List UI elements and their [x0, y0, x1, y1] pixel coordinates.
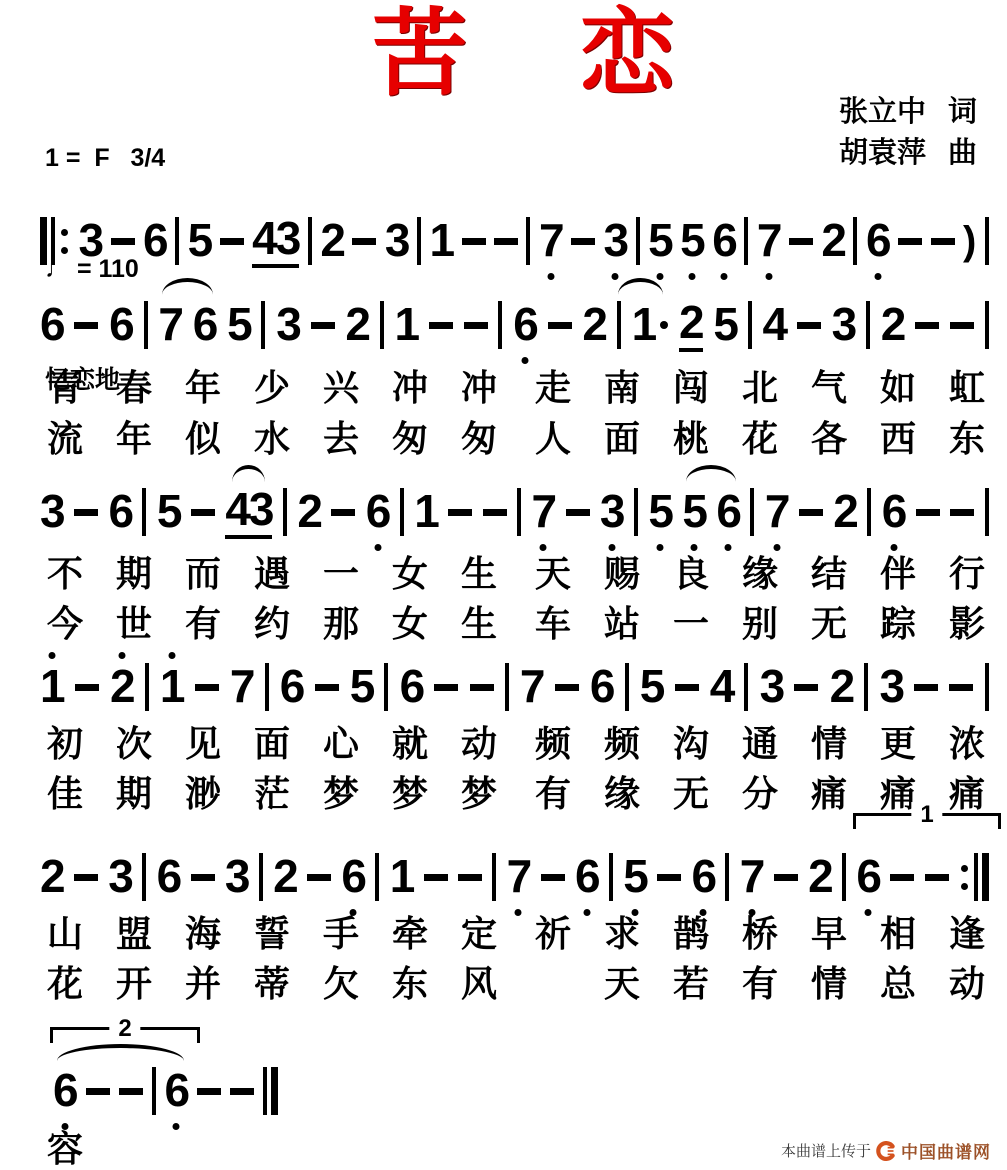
lyric-char: 花 — [740, 418, 780, 460]
dash-mark — [789, 238, 813, 245]
note-number: 6 — [882, 487, 906, 537]
duration-dash — [794, 661, 818, 713]
lyric-char: 影 — [947, 603, 987, 645]
note-token: 6 — [882, 486, 906, 538]
note-number: 3 — [600, 487, 624, 537]
barline — [308, 215, 312, 267]
duration-dash — [307, 851, 331, 903]
duration-dash — [352, 215, 376, 267]
lyric-char: 匆 — [390, 418, 430, 460]
dash-mark — [307, 874, 331, 881]
barline-mark — [384, 663, 388, 711]
lyric-char: 鹊 — [671, 913, 711, 955]
credits: 张立中 词 胡袁萍 曲 — [839, 92, 977, 174]
lyric-char: 逢 — [947, 913, 987, 955]
note-number: 6 — [143, 216, 167, 266]
barline-mark — [400, 488, 404, 536]
lyricist: 张立中 词 — [839, 92, 977, 133]
slur-arc — [618, 278, 664, 295]
lyric-row: 佳期渺茫梦梦梦有缘无分痛痛痛 — [45, 773, 987, 815]
dash-mark — [197, 1088, 221, 1095]
note-number: 3 — [78, 216, 102, 266]
lyric-char: 频 — [533, 723, 573, 765]
duration-dash — [548, 299, 572, 351]
note-number: 1 — [160, 662, 184, 712]
note-token: 7 — [230, 661, 254, 713]
dash-mark — [448, 509, 472, 516]
barline — [864, 661, 868, 713]
lyric-char: 有 — [533, 773, 573, 815]
note-token: 6 — [109, 299, 133, 351]
lyric-char: 初 — [45, 723, 85, 765]
slur-arc — [686, 465, 737, 482]
lyric-char: 世 — [114, 603, 154, 645]
lyric-char: 山 — [45, 913, 85, 955]
note-token: 6 — [53, 1065, 77, 1117]
note-token: 6 — [866, 215, 890, 267]
note-token: 1 — [632, 299, 669, 351]
note-number: 2 — [297, 487, 321, 537]
lyric-char: 无 — [809, 603, 849, 645]
note-number: 5 — [157, 487, 181, 537]
barline-mark — [259, 853, 263, 901]
duration-dash — [950, 486, 974, 538]
barline — [380, 299, 384, 351]
duration-dash — [555, 661, 579, 713]
dash-mark — [311, 322, 335, 329]
barline-mark — [744, 663, 748, 711]
lyric-char: 动 — [459, 723, 499, 765]
octave-dot-below — [721, 273, 728, 280]
note-token: 6 — [193, 299, 217, 351]
lyric-char: 就 — [390, 723, 430, 765]
note-token: 5 — [623, 851, 647, 903]
dash-mark — [195, 684, 219, 691]
note-number: 6 — [716, 487, 740, 537]
note-number: 3 — [385, 216, 409, 266]
note-token: 6 — [341, 851, 365, 903]
note-token: 6 — [590, 661, 614, 713]
lyric-char: 沟 — [671, 723, 711, 765]
lyric-char: 西 — [878, 418, 918, 460]
repeat-dots — [61, 217, 68, 265]
slur-arc — [232, 465, 265, 482]
dash-mark — [86, 1088, 110, 1095]
dash-mark — [799, 509, 823, 516]
note-number: 2 — [110, 662, 134, 712]
lyric-char: 有 — [740, 963, 780, 1005]
note-token: 3 — [880, 661, 904, 713]
dash-mark — [74, 874, 98, 881]
lyric-char: 浓 — [947, 723, 987, 765]
barline — [985, 661, 989, 713]
note-token: 6 — [575, 851, 599, 903]
dash-mark — [429, 322, 453, 329]
barline — [417, 215, 421, 267]
note-number: 6 — [692, 852, 716, 902]
music-line: 662 — [53, 1065, 278, 1117]
barline — [375, 851, 379, 903]
dash-mark — [657, 874, 681, 881]
note-token: 6 — [400, 661, 424, 713]
barline — [175, 215, 179, 267]
slur-arc — [57, 1044, 185, 1061]
note-number: 2 — [273, 852, 297, 902]
note-token: 4 — [710, 661, 734, 713]
note-token: 3 — [225, 851, 249, 903]
note-number: 5 — [648, 216, 672, 266]
lyric-group-left: 容 — [45, 1128, 85, 1170]
note-token: 2 — [881, 299, 905, 351]
barline-mark — [152, 1067, 156, 1115]
dash-mark — [191, 874, 215, 881]
duration-dash — [331, 486, 355, 538]
lyric-char: 车 — [533, 603, 573, 645]
note-token: 2 — [833, 486, 857, 538]
lyric-char: 那 — [321, 603, 361, 645]
barline — [152, 1065, 156, 1117]
barline-mark — [864, 663, 868, 711]
note-token: 2 — [830, 661, 854, 713]
note-token: 5 — [682, 486, 706, 538]
barline — [867, 486, 871, 538]
composer: 胡袁萍 曲 — [839, 133, 977, 174]
note-token: 7 — [507, 851, 531, 903]
note-token: 4 — [762, 299, 786, 351]
lyric-char: 北 — [740, 367, 780, 409]
note-token: 7 — [531, 486, 555, 538]
lyric-char: 青 — [45, 367, 85, 409]
note-token: 5 — [680, 215, 704, 267]
barline — [384, 661, 388, 713]
lyric-row: 花开并蒂欠东风天若有情总动 — [45, 963, 987, 1005]
lyric-group-right: 走南闯北气如虹 — [533, 367, 987, 409]
lyric-char: 定 — [459, 913, 499, 955]
barline — [142, 851, 146, 903]
duration-dash — [925, 851, 949, 903]
lyric-char: 一 — [321, 553, 361, 595]
barline-mark — [866, 301, 870, 349]
note-number: 2 — [821, 216, 845, 266]
note-token: 6 — [513, 299, 537, 351]
octave-dot-below — [547, 273, 554, 280]
lyric-char: 站 — [602, 603, 642, 645]
lyric-row: 今世有约那女生车站一别无踪影 — [45, 603, 987, 645]
note-number: 2 — [345, 300, 369, 350]
barline-mark — [498, 301, 502, 349]
duration-dash — [494, 215, 518, 267]
dash-mark — [925, 874, 949, 881]
barline-mark — [492, 853, 496, 901]
lyric-char: 年 — [114, 418, 154, 460]
lyric-char: 如 — [878, 367, 918, 409]
note-token: 7 — [539, 215, 563, 267]
note-token: 6 — [108, 486, 132, 538]
barline — [526, 215, 530, 267]
lyric-group-right: 天若有情总动 — [602, 963, 987, 1005]
dash-mark — [914, 684, 938, 691]
barline-mark — [417, 217, 421, 265]
dash-mark — [675, 684, 699, 691]
lyric-char: 水 — [252, 418, 292, 460]
dash-mark — [458, 874, 482, 881]
note-token: 6 — [712, 215, 736, 267]
note-token: 2 — [679, 299, 703, 351]
lyric-char: 匆 — [459, 418, 499, 460]
barline-mark — [265, 663, 269, 711]
lyric-char: 少 — [252, 367, 292, 409]
barline — [625, 661, 629, 713]
dash-mark — [797, 322, 821, 329]
barline-mark — [308, 217, 312, 265]
duration-dash — [424, 851, 448, 903]
lyric-char: 赐 — [602, 553, 642, 595]
lyric-group-left: 不期而遇一女生 — [45, 553, 499, 595]
barline — [517, 486, 521, 538]
repeat-dot — [61, 247, 68, 254]
barline — [634, 486, 638, 538]
barline — [985, 215, 989, 267]
duration-dash — [916, 486, 940, 538]
dash-mark — [74, 509, 98, 516]
note-token: 2 — [821, 215, 845, 267]
lyric-row: 青春年少兴冲冲走南闯北气如虹 — [45, 367, 987, 409]
octave-dot-below — [632, 909, 639, 916]
duration-dash — [74, 486, 98, 538]
note-token: 3 — [78, 215, 102, 267]
lyric-char: 不 — [45, 553, 85, 595]
duration-dash — [675, 661, 699, 713]
end-repeat-barline — [959, 851, 989, 903]
volta-label: 2 — [109, 1016, 140, 1042]
close-paren: ) — [963, 215, 976, 267]
octave-dot-below — [350, 909, 357, 916]
duration-dash — [191, 851, 215, 903]
note-number: 7 — [158, 300, 182, 350]
note-number: 6 — [164, 1066, 188, 1116]
dash-mark — [230, 1088, 254, 1095]
lyric-char: 容 — [45, 1128, 85, 1170]
note-number: 1 — [414, 487, 438, 537]
note-token: 6 — [157, 851, 181, 903]
note-token: 5 — [157, 486, 181, 538]
lyric-char: 春 — [114, 367, 154, 409]
duration-dash — [657, 851, 681, 903]
lyric-char: 相 — [878, 913, 918, 955]
note-number: 7 — [507, 852, 531, 902]
lyric-char: 情 — [809, 963, 849, 1005]
note-token: 7 — [158, 299, 182, 351]
dash-mark — [774, 874, 798, 881]
note-number: 1 — [40, 662, 64, 712]
footer: 本曲谱上传于 中国曲谱网 — [781, 1138, 991, 1163]
lyric-char: 更 — [878, 723, 918, 765]
lyric-char: 期 — [114, 773, 154, 815]
barline-mark — [517, 488, 521, 536]
repeat-dots — [961, 853, 968, 901]
volta-bracket: 2 — [50, 1027, 200, 1043]
lyric-char: 良 — [671, 553, 711, 595]
barline — [283, 486, 287, 538]
lyric-group-right: 人面桃花各西东 — [533, 418, 987, 460]
note-number: 4 — [762, 300, 786, 350]
lyric-char: 情 — [809, 723, 849, 765]
note-token: 2 — [273, 851, 297, 903]
score: 3654323173556726)6676532162125432青春年少兴冲冲… — [0, 215, 1007, 1170]
lyric-char: 盟 — [114, 913, 154, 955]
octave-dot-below — [700, 909, 707, 916]
duration-dash — [429, 299, 453, 351]
music-line: 6676532162125432 — [40, 299, 989, 351]
lyric-char: 去 — [321, 418, 361, 460]
music-line: 3654323173556726) — [40, 215, 989, 267]
lyric-char: 早 — [809, 913, 849, 955]
note-token: 3 — [40, 486, 64, 538]
note-number: 5 — [648, 487, 672, 537]
volta-label: 1 — [911, 802, 942, 828]
octave-dot-below — [865, 909, 872, 916]
repeat-dot — [61, 229, 68, 236]
lyric-group-left: 佳期渺茫梦梦梦 — [45, 773, 499, 815]
lyric-char: 通 — [740, 723, 780, 765]
lyric-char: 风 — [459, 963, 499, 1005]
dash-mark — [555, 684, 579, 691]
lyric-char: 面 — [252, 723, 292, 765]
note-number: 7 — [520, 662, 544, 712]
octave-dot-below — [608, 544, 615, 551]
dash-mark — [483, 509, 507, 516]
dash-mark — [916, 509, 940, 516]
lyric-char: 东 — [390, 963, 430, 1005]
duration-dash — [315, 661, 339, 713]
lyric-char: 流 — [45, 418, 85, 460]
note-number: 7 — [539, 216, 563, 266]
dash-mark — [470, 684, 494, 691]
lyric-group-left: 今世有约那女生 — [45, 603, 499, 645]
lyric-char: 梦 — [390, 773, 430, 815]
note-number: 6 — [590, 662, 614, 712]
barline — [261, 299, 265, 351]
volta-bracket: 1 — [853, 813, 1001, 829]
repeat-dot — [961, 883, 968, 890]
barline-mark — [526, 217, 530, 265]
duration-dash — [311, 299, 335, 351]
barline-mark — [261, 301, 265, 349]
duration-dash — [950, 299, 974, 351]
dash-mark — [950, 509, 974, 516]
note-number: 6 — [400, 662, 424, 712]
note-number: 43 — [252, 214, 299, 268]
note-number: 1 — [632, 300, 656, 350]
barline — [866, 299, 870, 351]
lyric-char: 别 — [740, 603, 780, 645]
note-token: 6 — [856, 851, 880, 903]
duration-dash — [220, 215, 244, 267]
duration-dash — [470, 661, 494, 713]
barline-mark — [748, 301, 752, 349]
note-token: 43 — [225, 486, 272, 538]
lyric-char: 总 — [878, 963, 918, 1005]
duration-dash — [915, 299, 939, 351]
note-number: 6 — [366, 487, 390, 537]
note-token: 3 — [108, 851, 132, 903]
lyric-char: 一 — [671, 603, 711, 645]
repeat-dot — [961, 865, 968, 872]
note-number: 6 — [40, 300, 64, 350]
lyric-char: 若 — [671, 963, 711, 1005]
dash-mark — [111, 238, 135, 245]
note-token: 5 — [713, 299, 737, 351]
lyric-char: 心 — [321, 723, 361, 765]
site-logo-icon — [876, 1141, 896, 1161]
barline — [744, 661, 748, 713]
note-token: 6 — [40, 299, 64, 351]
lyric-char: 手 — [321, 913, 361, 955]
lyric-char: 梦 — [459, 773, 499, 815]
barline-mark — [375, 853, 379, 901]
site-name: 中国曲谱网 — [901, 1138, 991, 1163]
note-token: 6 — [716, 486, 740, 538]
lyric-char: 有 — [183, 603, 223, 645]
dash-mark — [331, 509, 355, 516]
note-number: 43 — [225, 485, 272, 539]
octave-dot-below — [890, 544, 897, 551]
note-token: 3 — [832, 299, 856, 351]
duration-dash — [230, 1065, 254, 1117]
lyric-char: 结 — [809, 553, 849, 595]
dash-mark — [931, 238, 955, 245]
lyric-char: 求 — [602, 913, 642, 955]
lyric-row: 山盟海誓手牵定祈求鹊桥早相逢 — [45, 913, 987, 955]
lyric-char: 东 — [947, 418, 987, 460]
note-number: 7 — [765, 487, 789, 537]
note-number: 2 — [881, 300, 905, 350]
dash-mark — [74, 322, 98, 329]
note-number: 6 — [856, 852, 880, 902]
barline-mark — [283, 488, 287, 536]
octave-dot-below — [874, 273, 881, 280]
barline-mark — [974, 853, 978, 901]
note-number: 6 — [109, 300, 133, 350]
lyric-char: 虹 — [947, 367, 987, 409]
note-number: 3 — [604, 216, 628, 266]
barline-mark — [842, 853, 846, 901]
octave-dot-below — [656, 273, 663, 280]
lyric-char: 开 — [114, 963, 154, 1005]
octave-dot-above — [168, 652, 175, 659]
octave-dot-below — [748, 909, 755, 916]
lyric-char: 年 — [183, 367, 223, 409]
octave-dot-below — [725, 544, 732, 551]
barline — [985, 486, 989, 538]
lyric-char: 频 — [602, 723, 642, 765]
duration-dash — [434, 661, 458, 713]
barline — [609, 851, 613, 903]
note-number: 1 — [390, 852, 414, 902]
note-number: 6 — [193, 300, 217, 350]
octave-dot-above — [48, 652, 55, 659]
barline — [853, 215, 857, 267]
lyric-char: 并 — [183, 963, 223, 1005]
barline — [617, 299, 621, 351]
note-token: 7 — [757, 215, 781, 267]
note-number: 3 — [832, 300, 856, 350]
lyric-char: 人 — [533, 418, 573, 460]
lyric-group-left: 山盟海誓手牵定 — [45, 913, 499, 955]
lyric-char: 海 — [183, 913, 223, 955]
lyric-char: 各 — [809, 418, 849, 460]
note-token: 6 — [143, 215, 167, 267]
